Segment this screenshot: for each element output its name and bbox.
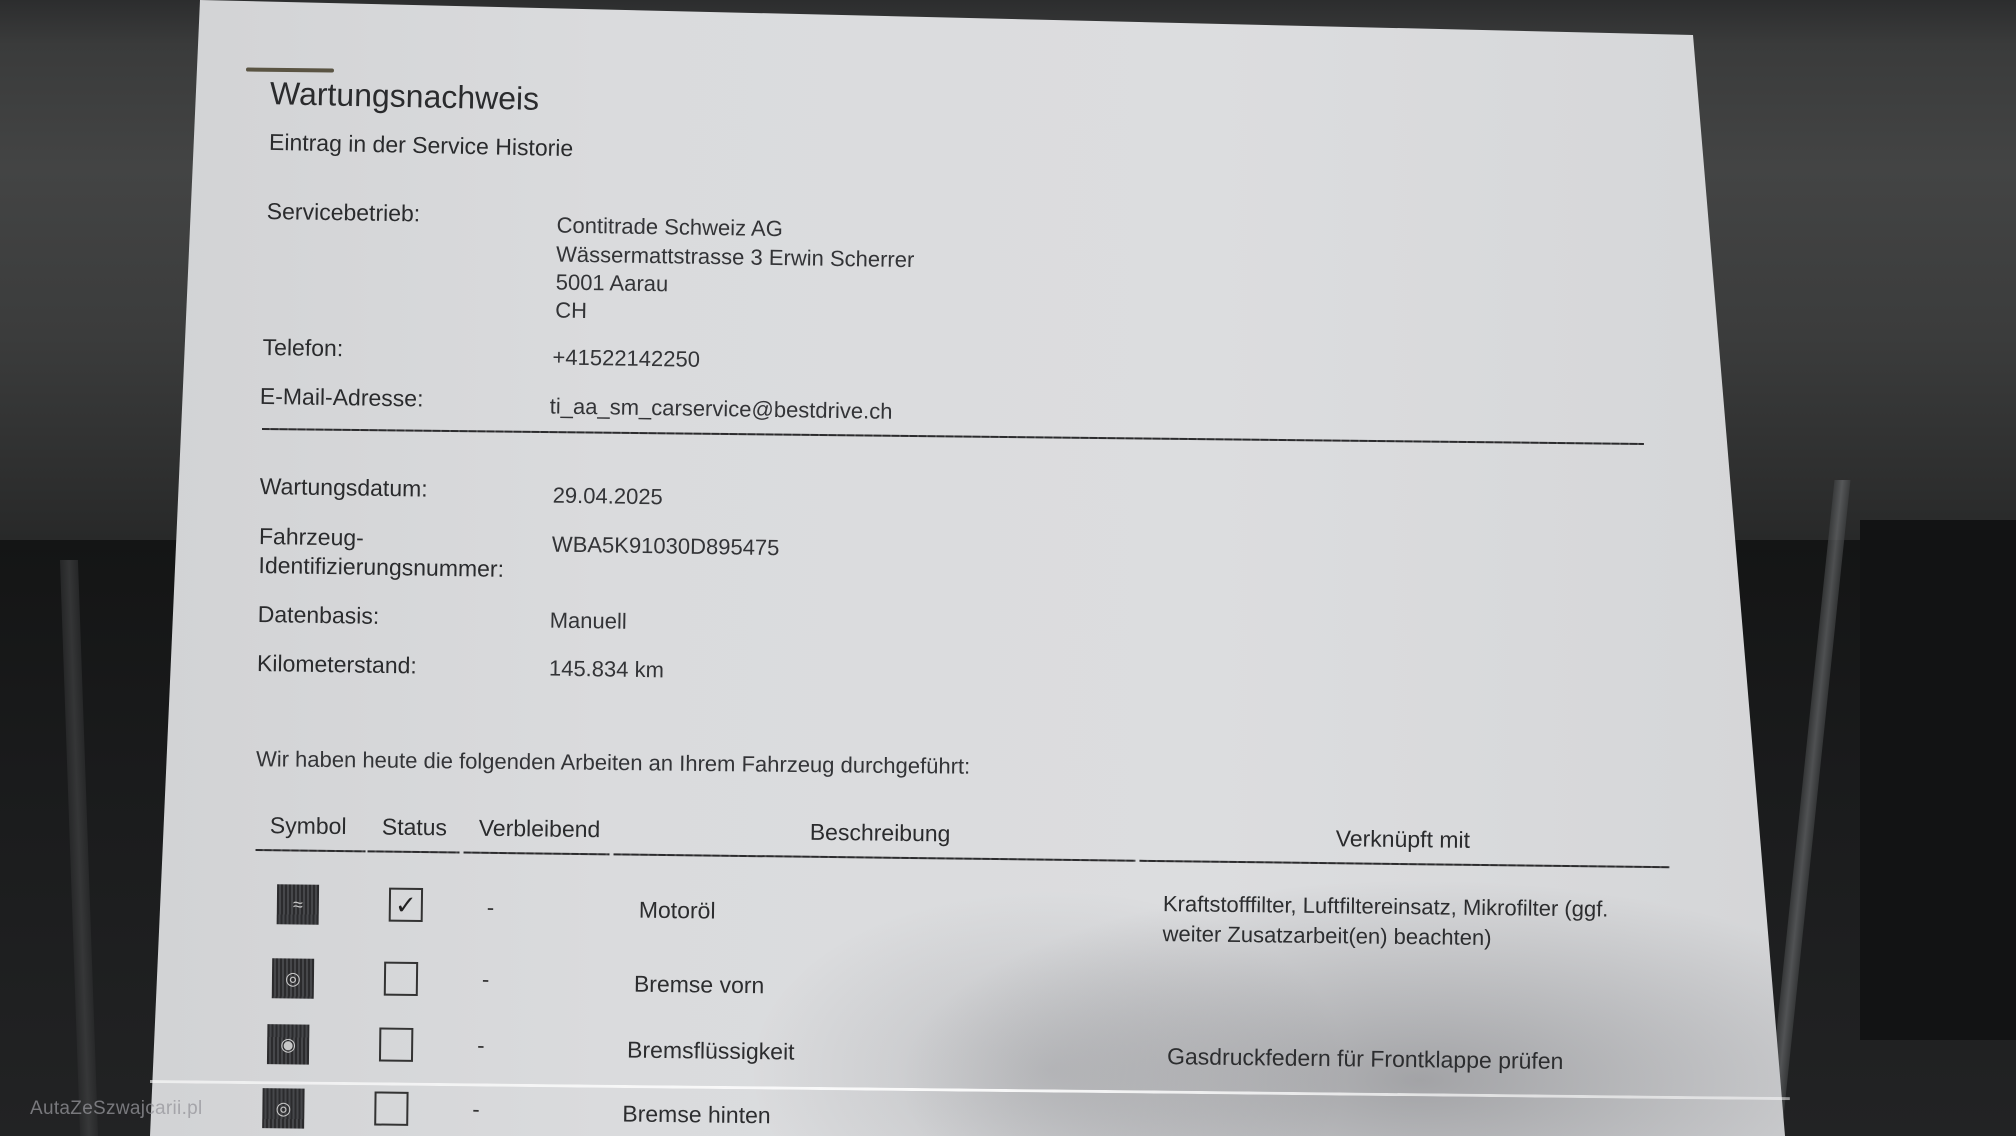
datenbasis-value: Manuell <box>550 608 627 635</box>
brake-fluid-icon: ◉ <box>267 1024 309 1065</box>
datenbasis-label: Datenbasis: <box>258 601 380 630</box>
kilometerstand-label: Kilometerstand: <box>257 650 417 680</box>
fin-value: WBA5K91030D895475 <box>552 532 780 562</box>
fin-label-line-1: Fahrzeug- <box>259 523 364 552</box>
front-brake-icon: ◎ <box>272 958 314 999</box>
verbleibend-value: - <box>472 1097 480 1123</box>
wartungsdatum-label: Wartungsdatum: <box>260 473 428 503</box>
document-title: Wartungsnachweis <box>270 75 540 118</box>
checkmark-icon: ✓ <box>395 889 417 920</box>
telefon-value: +41522142250 <box>552 345 700 373</box>
header-symbol: Symbol <box>270 812 347 840</box>
address-line-4: CH <box>555 298 587 324</box>
email-label: E-Mail-Adresse: <box>260 383 424 413</box>
beschreibung-value: Bremsflüssigkeit <box>627 1037 795 1066</box>
dashboard-panel-right <box>1860 520 2016 1040</box>
servicebetrieb-label: Servicebetrieb: <box>267 198 421 227</box>
address-line-3: 5001 Aarau <box>556 270 669 298</box>
rear-brake-icon: ◎ <box>262 1088 304 1129</box>
beschreibung-value: Bremse hinten <box>622 1100 771 1129</box>
verbleibend-value: - <box>477 1033 485 1059</box>
fin-label-line-2: Identifizierungsnummer: <box>258 552 504 583</box>
watermark: AutaZeSzwajcarii.pl <box>30 1098 203 1120</box>
header-verbleibend: Verbleibend <box>479 815 601 843</box>
verknuepft-line-2: weiter Zusatzarbeit(en) beachten) <box>1162 919 1491 953</box>
verknuepft-line-1: Gasdruckfedern für Frontklappe prüfen <box>1167 1041 1564 1076</box>
verbleibend-value: - <box>482 967 490 993</box>
verbleibend-value: - <box>487 895 495 921</box>
email-value: ti_aa_sm_carservice@bestdrive.ch <box>550 393 893 424</box>
telefon-label: Telefon: <box>262 334 343 362</box>
status-checkbox[interactable] <box>379 1028 413 1062</box>
header-status: Status <box>382 814 448 842</box>
beschreibung-value: Motoröl <box>639 897 716 925</box>
header-verknuepft: Verknüpft mit <box>1336 825 1471 854</box>
status-checkbox[interactable] <box>384 962 418 996</box>
status-checkbox[interactable]: ✓ <box>389 888 423 922</box>
address-line-1: Contitrade Schweiz AG <box>556 213 783 243</box>
wartungsdatum-value: 29.04.2025 <box>552 483 663 511</box>
status-checkbox[interactable] <box>374 1091 408 1125</box>
engine-oil-icon: ≈ <box>277 884 319 925</box>
kilometerstand-value: 145.834 km <box>549 656 664 684</box>
beschreibung-value: Bremse vorn <box>634 971 765 1000</box>
header-beschreibung: Beschreibung <box>810 819 951 848</box>
